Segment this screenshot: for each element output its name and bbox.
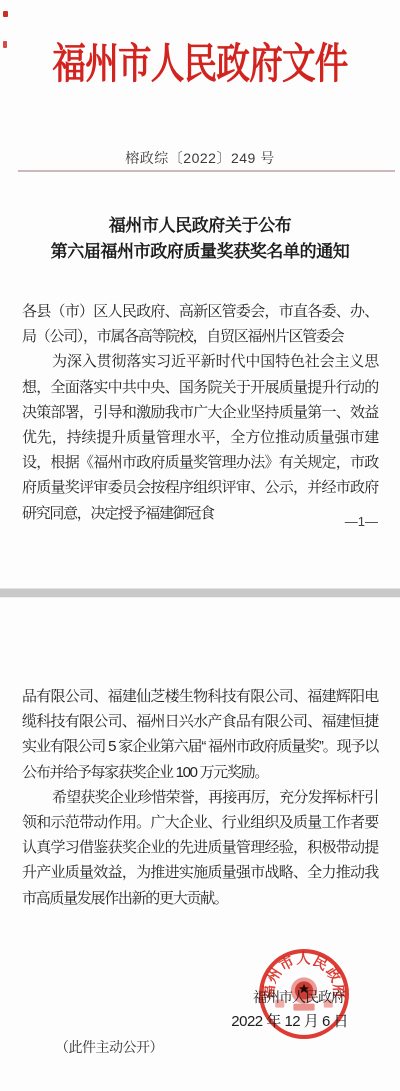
- document-page: 福州市人民政府文件 榕政综〔2022〕249 号 福州市人民政府关于公布 第六届…: [0, 0, 400, 1091]
- issuer-signature: 福州市人民政府: [253, 988, 344, 1006]
- disclosure-note: （此件主动公开）: [55, 1038, 163, 1056]
- scan-artifact-speck: [3, 41, 7, 48]
- body-paragraph-2: 希望获奖企业珍惜荣誉，再接再厉，充分发挥标杆引领和示范带动作用。广大企业、行业组…: [22, 785, 378, 911]
- document-header-title: 福州市人民政府文件: [40, 42, 360, 88]
- document-number: 榕政综〔2022〕249 号: [0, 149, 400, 167]
- header-separator-line: [18, 170, 395, 172]
- body-paragraph-1: 为深入贯彻落实习近平新时代中国特色社会主义思想，全面落实中共中央、国务院关于开展…: [22, 349, 378, 525]
- scan-artifact-speck: [3, 11, 8, 17]
- page1-page-number: —1—: [345, 514, 378, 529]
- recipients-paragraph: 各县（市）区人民政府、高新区管委会，市直各委、办、局（公司），市属各高等院校，自…: [22, 299, 378, 349]
- page-break-divider: [0, 588, 400, 598]
- body-paragraph-1-continued: 品有限公司、福建仙芝楼生物科技有限公司、福建辉阳电缆科技有限公司、福州日兴水产食…: [22, 684, 378, 785]
- document-title: 福州市人民政府关于公布 第六届福州市政府质量奖获奖名单的通知: [0, 213, 400, 265]
- document-title-line1: 福州市人民政府关于公布: [0, 213, 400, 239]
- page2-body: 品有限公司、福建仙芝楼生物科技有限公司、福建辉阳电缆科技有限公司、福州日兴水产食…: [22, 684, 378, 911]
- page1-body: 各县（市）区人民政府、高新区管委会，市直各委、办、局（公司），市属各高等院校，自…: [22, 299, 378, 526]
- issue-date: 2022 年 12 月 6 日: [231, 1012, 348, 1031]
- document-title-line2: 第六届福州市政府质量奖获奖名单的通知: [0, 239, 400, 265]
